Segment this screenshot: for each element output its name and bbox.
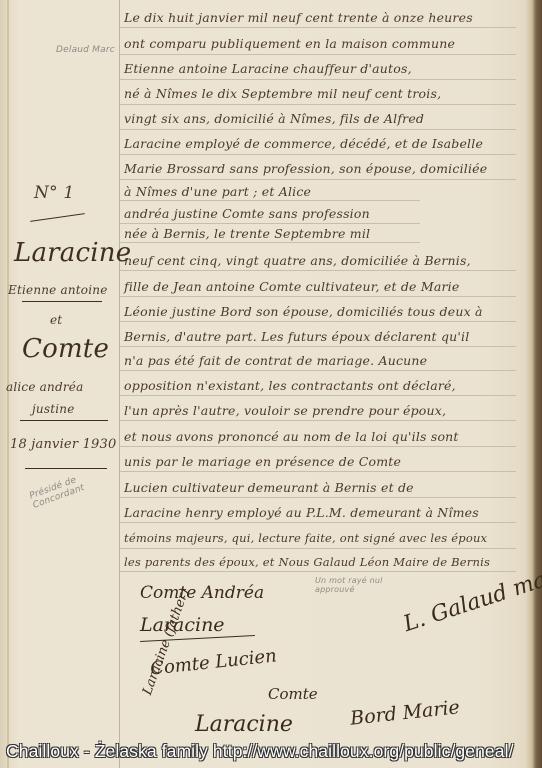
body-line: Bernis, d'autre part. Les futurs époux d… — [124, 329, 469, 344]
body-line: témoins majeurs, qui, lecture faite, ont… — [124, 531, 487, 545]
body-line: unis par le mariage en présence de Comte — [124, 454, 401, 469]
ruled-line — [120, 270, 516, 271]
ruled-line — [120, 104, 516, 105]
register-page: Delaud Marc N° 1 Laracine Etienne antoin… — [0, 0, 542, 768]
groom-given-names: Etienne antoine — [8, 283, 108, 297]
ruled-line — [120, 446, 516, 447]
ruled-line — [120, 223, 420, 224]
ruled-line — [120, 321, 516, 322]
annotation-pencil: Un mot rayé nul approuvé — [315, 576, 395, 594]
margin-conjunction: et — [50, 313, 62, 327]
ruled-line — [120, 497, 516, 498]
ruled-line — [120, 129, 516, 130]
body-line: opposition n'existant, les contractants … — [124, 378, 456, 393]
signature-witness-laracine: Laracine — [195, 712, 293, 737]
ruled-line — [120, 548, 516, 549]
bride-underline — [20, 420, 108, 421]
body-line: neuf cent cinq, vingt quatre ans, domici… — [124, 253, 471, 268]
ruled-line — [120, 370, 516, 371]
signature-bride: Comte Andréa — [140, 583, 264, 603]
body-line: née à Bernis, le trente Septembre mil — [124, 226, 370, 241]
body-line: Etienne antoine Laracine chauffeur d'aut… — [124, 61, 412, 76]
margin-date: 18 janvier 1930 — [10, 437, 116, 452]
body-line: l'un après l'autre, vouloir se prendre p… — [124, 403, 446, 418]
ruled-line — [120, 395, 516, 396]
body-line: Le dix huit janvier mil neuf cent trente… — [124, 10, 473, 25]
signature-father-bride: Comte — [268, 685, 318, 703]
ruled-line — [120, 242, 420, 243]
body-line: Lucien cultivateur demeurant à Bernis et… — [124, 480, 414, 495]
act-number-underline — [30, 213, 85, 222]
ruled-line — [120, 154, 516, 155]
body-line: andréa justine Comte sans profession — [124, 206, 370, 221]
ruled-line — [120, 200, 420, 201]
groom-underline — [22, 301, 102, 302]
ruled-line — [120, 79, 516, 80]
body-line: ont comparu publiquement en la maison co… — [124, 36, 455, 51]
bride-given-names-1: alice andréa — [6, 380, 83, 394]
body-line: à Nîmes d'une part ; et Alice — [124, 184, 311, 199]
ruled-line — [120, 27, 516, 28]
body-line: Laracine henry employé au P.L.M. demeura… — [124, 505, 479, 520]
ruled-line — [120, 522, 516, 523]
body-line: fille de Jean antoine Comte cultivateur,… — [124, 279, 459, 294]
bride-given-names-2: justine — [32, 402, 75, 416]
signature-mayor: L. Galaud maire — [401, 558, 542, 637]
body-line: vingt six ans, domicilié à Nîmes, fils d… — [124, 111, 424, 126]
body-line: Marie Brossard sans profession, son épou… — [124, 161, 487, 176]
watermark-footer: Chailloux - Żelaska family http://www.ch… — [6, 741, 514, 762]
bride-surname: Comte — [22, 334, 109, 364]
ruled-line — [120, 571, 516, 572]
body-line: et nous avons prononcé au nom de la loi … — [124, 429, 459, 444]
ruled-line — [120, 54, 516, 55]
date-underline — [25, 468, 107, 469]
margin-pencil-note-bottom: Présidé de Concordant — [28, 473, 87, 511]
margin-pencil-note-top: Delaud Marc — [56, 45, 115, 55]
body-line: Léonie justine Bord son épouse, domicili… — [124, 304, 483, 319]
ruled-line — [120, 420, 516, 421]
ruled-line — [120, 346, 516, 347]
margin-rule — [119, 0, 120, 768]
ruled-line — [120, 179, 516, 180]
act-number: N° 1 — [34, 183, 74, 203]
body-line: Laracine employé de commerce, décédé, et… — [124, 136, 483, 151]
signature-vertical: Laracine (father) — [140, 587, 192, 698]
body-line: les parents des époux, et Nous Galaud Lé… — [124, 555, 490, 569]
groom-surname: Laracine — [14, 238, 131, 268]
ruled-line — [120, 471, 516, 472]
ruled-line — [120, 296, 516, 297]
signature-mother-bride: Bord Marie — [349, 696, 461, 729]
body-line: n'a pas été fait de contrat de mariage. … — [124, 353, 427, 368]
body-line: né à Nîmes le dix Septembre mil neuf cen… — [124, 86, 441, 101]
